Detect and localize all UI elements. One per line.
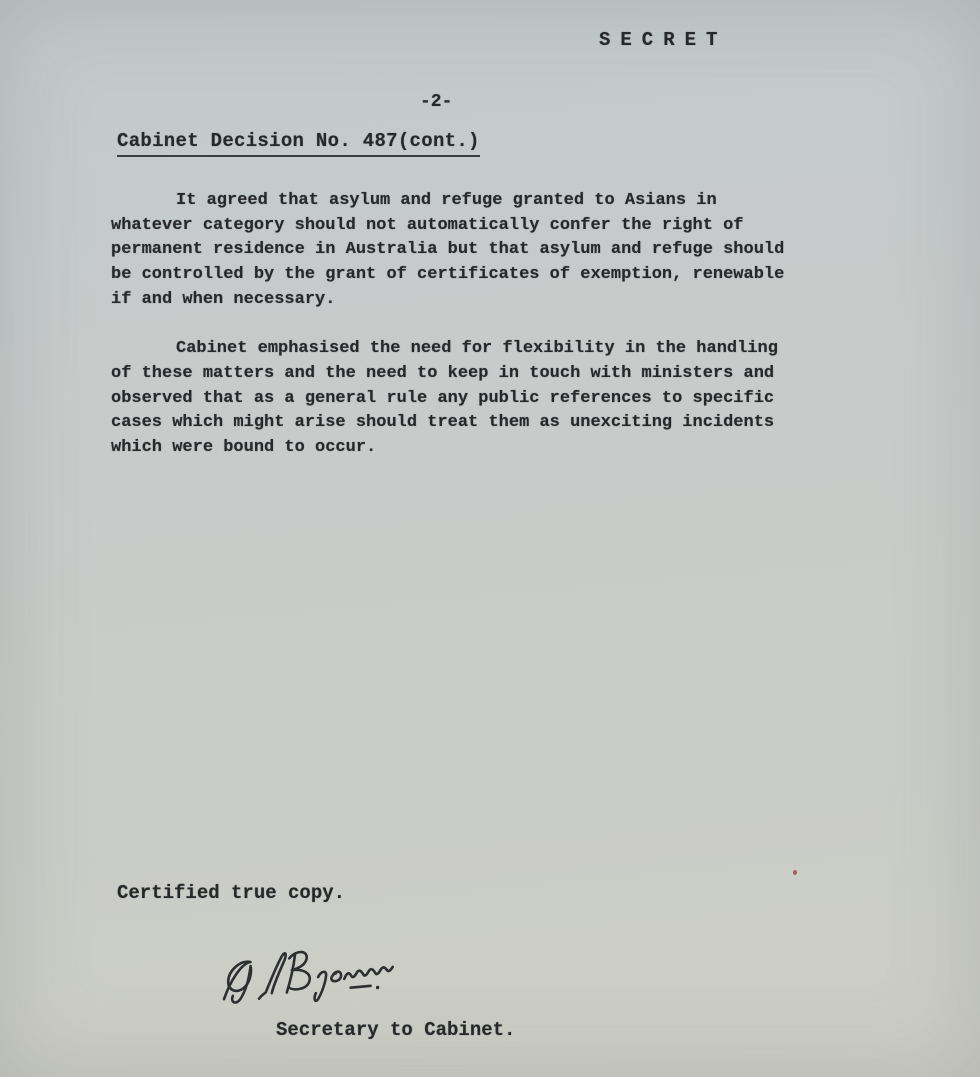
certification-line: Certified true copy.: [117, 882, 345, 904]
document-heading: Cabinet Decision No. 487(cont.): [117, 130, 480, 157]
signature-stroke: [351, 986, 371, 988]
document-body: It agreed that asylum and refuge granted…: [111, 189, 851, 461]
paragraph-line: of these matters and the need to keep in…: [111, 362, 851, 387]
classification-stamp: SECRET: [599, 29, 727, 51]
paper-fleck-mark: [793, 870, 797, 875]
paragraph-line: whatever category should not automatical…: [111, 214, 851, 239]
paragraph-line: observed that as a general rule any publ…: [111, 387, 851, 412]
paragraph-2: Cabinet emphasised the need for flexibil…: [111, 337, 851, 461]
signature-stroke: [222, 961, 252, 1003]
signature-stroke: [376, 986, 380, 990]
paragraph-line: which were bound to occur.: [111, 436, 851, 461]
paragraph-1: It agreed that asylum and refuge granted…: [111, 189, 851, 313]
signature-stroke: [285, 952, 310, 993]
signatory-title: Secretary to Cabinet.: [276, 1019, 515, 1041]
paragraph-line: be controlled by the grant of certificat…: [111, 263, 851, 288]
paragraph-line: Cabinet emphasised the need for flexibil…: [111, 337, 851, 362]
paragraph-line: It agreed that asylum and refuge granted…: [111, 189, 851, 214]
signature-stroke: [257, 953, 287, 998]
signature-stroke: [344, 967, 393, 979]
scanned-document-page: SECRET -2- Cabinet Decision No. 487(cont…: [0, 0, 980, 1077]
signature-stroke: [331, 971, 341, 981]
paragraph-line: cases which might arise should treat the…: [111, 411, 851, 436]
page-number: -2-: [420, 92, 452, 112]
paragraph-line: if and when necessary.: [111, 288, 851, 313]
signature-stroke: [313, 972, 327, 1001]
handwritten-signature: [219, 938, 422, 1011]
paragraph-line: permanent residence in Australia but tha…: [111, 238, 851, 263]
